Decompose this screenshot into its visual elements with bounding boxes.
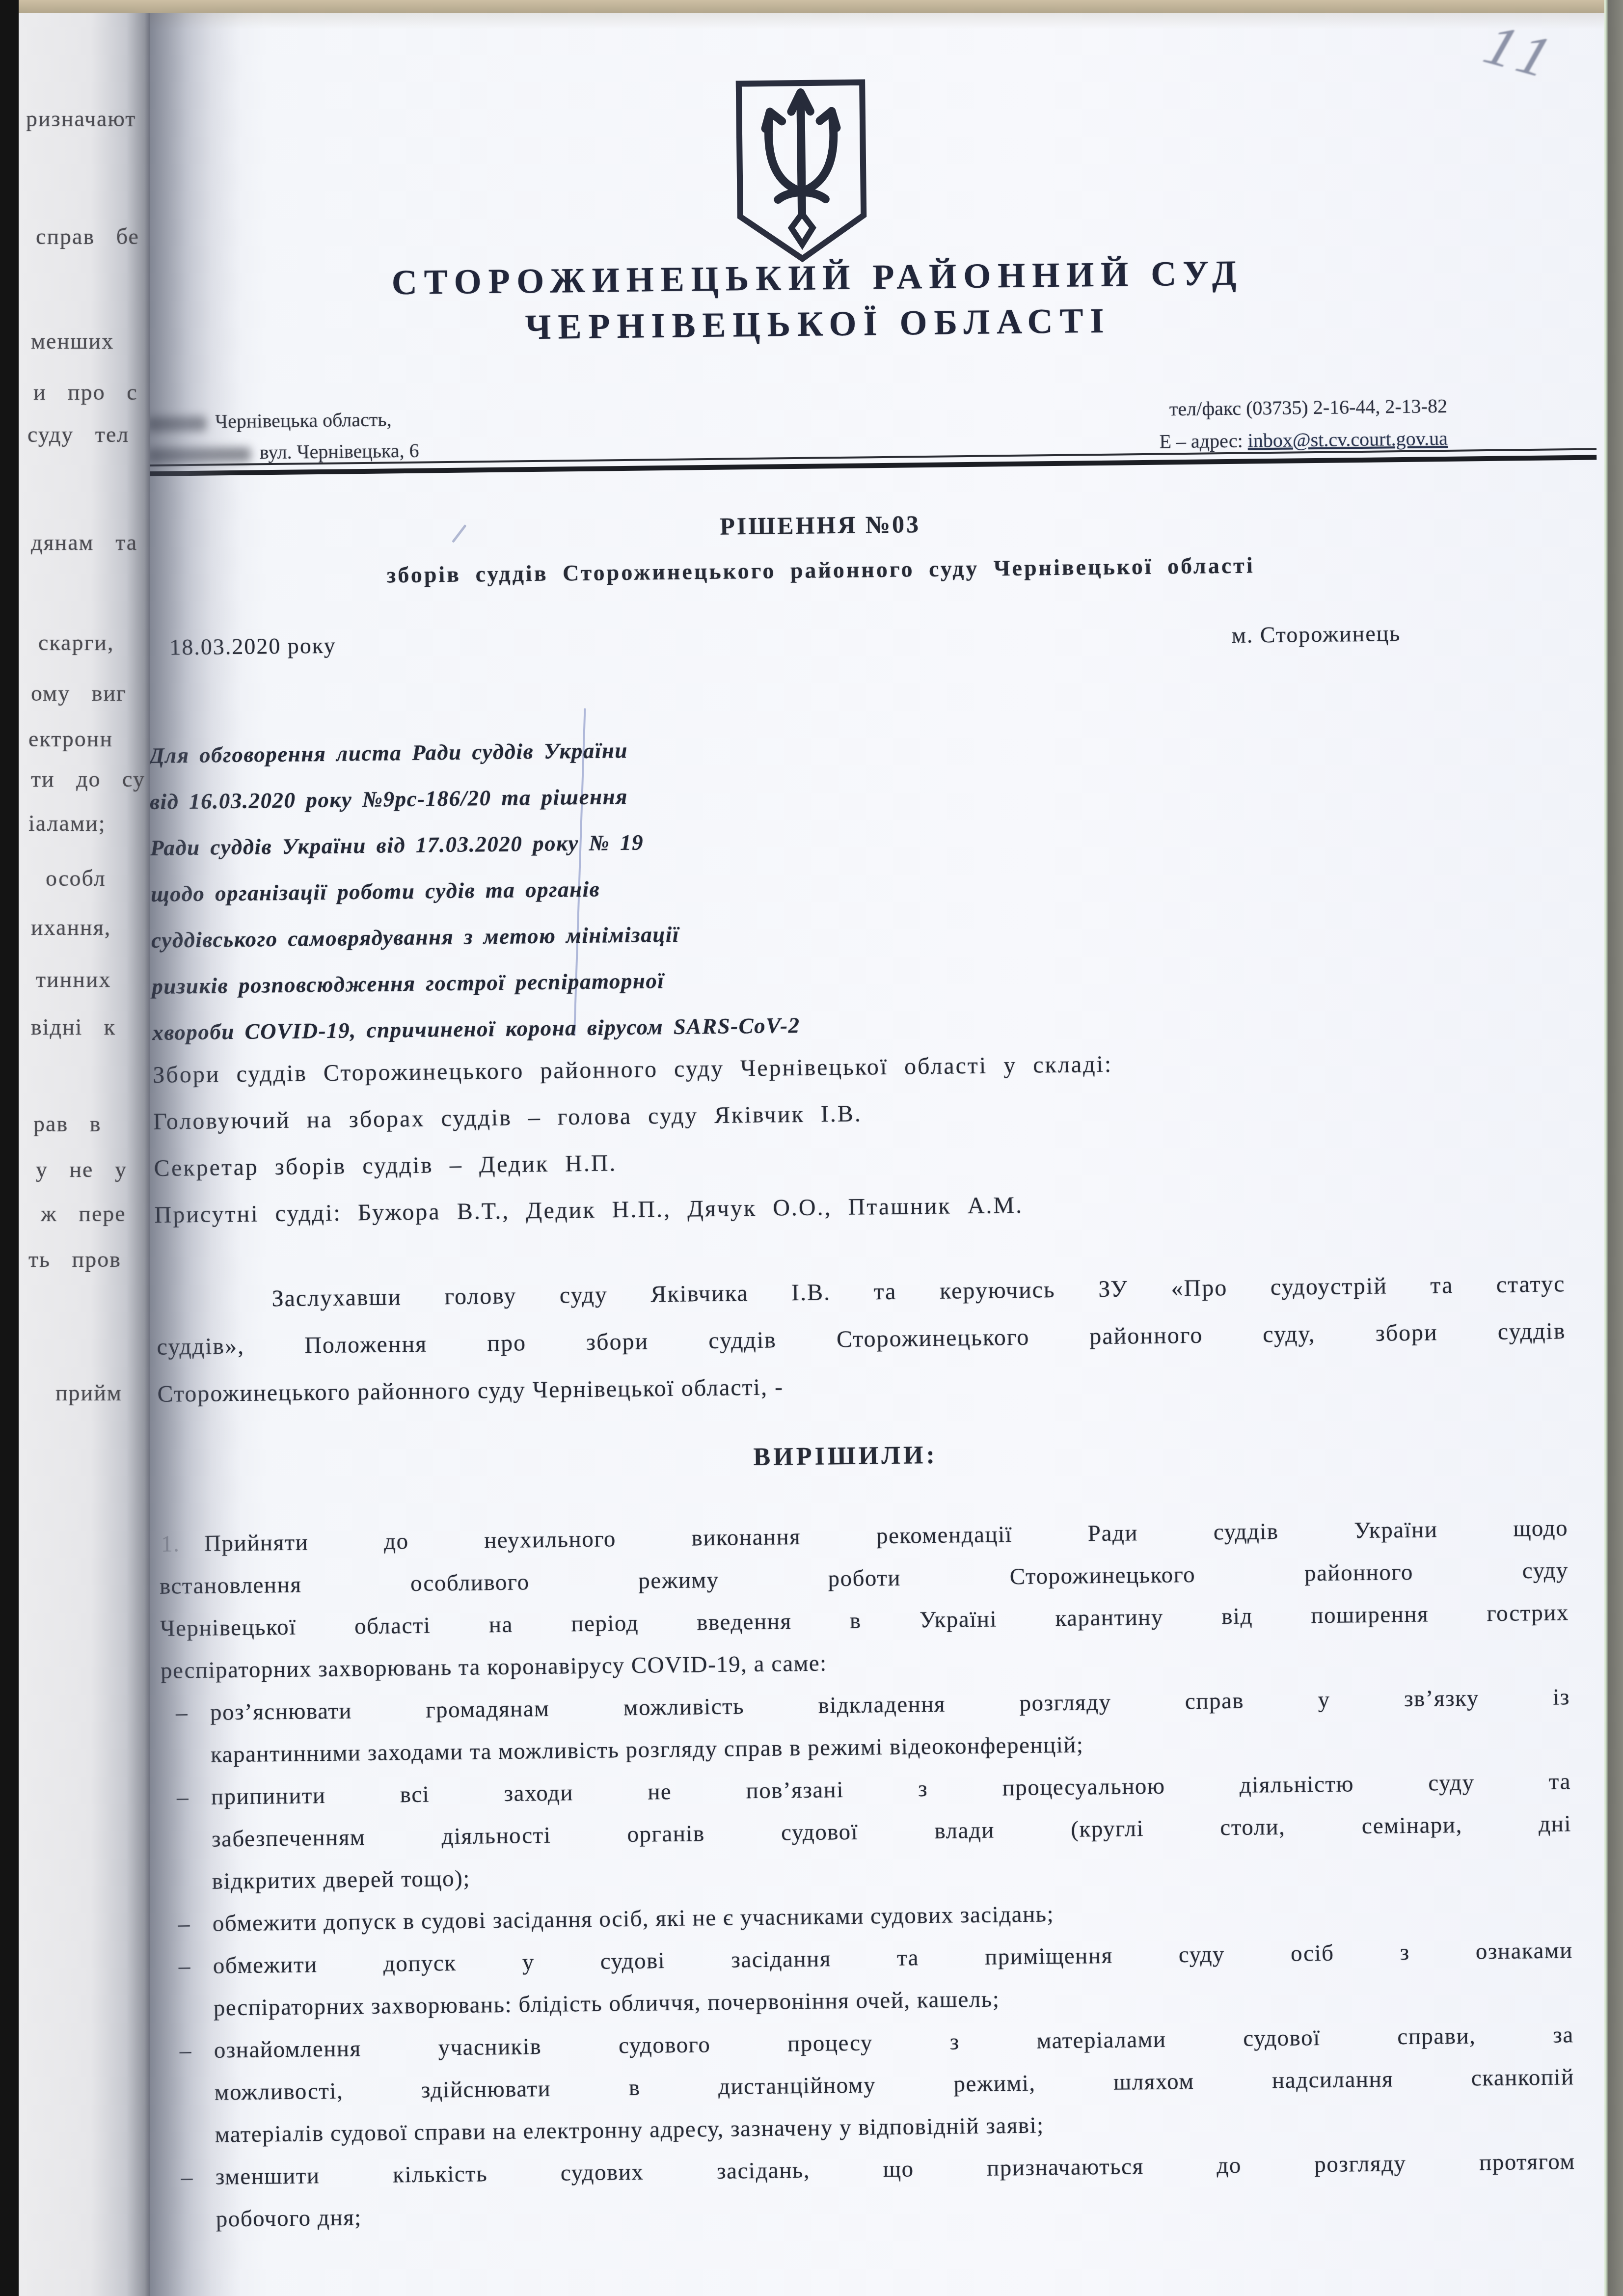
prev-page-text-fragment: скарги, <box>38 629 114 656</box>
prev-page-text-fragment: ж пере <box>41 1201 126 1227</box>
scanner-right-edge <box>1604 0 1623 2296</box>
prev-page-text-fragment: у не у <box>36 1156 127 1182</box>
dash-marker: – <box>179 2029 192 2072</box>
epigraph-line: щодо організації роботи судів та органів <box>151 862 917 917</box>
epigraph-block: Для обговорення листа Ради суддів Україн… <box>150 724 919 1056</box>
prev-page-text-fragment: іалами; <box>28 810 106 836</box>
dash-marker: – <box>178 1945 191 1987</box>
court-address: Чернівецька область, вул. Чернівецька, 6 <box>150 404 419 469</box>
decision-subtitle: зборів суддів Сторожинецького районного … <box>150 549 1498 591</box>
obscured-text-smudge <box>150 416 206 431</box>
prev-page-text-fragment: дянам та <box>31 529 137 555</box>
item1-number: 1. <box>161 1523 180 1565</box>
previous-page-edge: ризначают справ бе менших и про с суду т… <box>19 0 150 2296</box>
preamble-paragraph: Заслухавши голову суду Яківчика І.В. та … <box>156 1260 1567 1418</box>
prev-page-text-fragment: и про с <box>33 379 138 405</box>
prev-page-text-fragment: прийм <box>55 1380 122 1406</box>
decision-title: РІШЕННЯ №03 <box>150 503 1498 547</box>
epigraph-line: Ради суддів України від 17.03.2020 року … <box>150 816 917 871</box>
court-name-line2: ЧЕРНІВЕЦЬКОЇ ОБЛАСТІ <box>150 296 1495 352</box>
email-label: Е – адрес: <box>1159 430 1243 453</box>
prev-page-text-fragment: справ бе <box>36 223 139 249</box>
prev-page-text-fragment: ихання, <box>31 914 111 940</box>
prev-page-text-fragment: менших <box>31 328 114 354</box>
decision-place: м. Сторожинець <box>1126 620 1401 649</box>
resolution-list: 1. Прийняти до неухильного виконання рек… <box>159 1507 1576 2241</box>
dash-marker: – <box>176 1692 189 1734</box>
document-page: 11 СТОРОЖИНЕЦЬКИЙ РАЙОННИЙ СУД <box>150 0 1604 2296</box>
meeting-composition: Збори суддів Сторожинецького районного с… <box>153 1036 1529 1238</box>
address-line1: Чернівецька область, <box>150 404 419 438</box>
court-name-line1: СТОРОЖИНЕЦЬКИЙ РАЙОННИЙ СУД <box>150 250 1495 306</box>
epigraph-line: Для обговорення листа Ради суддів Україн… <box>150 724 915 779</box>
dash-marker: – <box>177 1776 189 1818</box>
prev-page-text-fragment: тинних <box>36 966 111 992</box>
prev-page-text-fragment: суду тел <box>27 421 129 447</box>
epigraph-line: ризиків розповсюдження гострої респірато… <box>152 955 918 1010</box>
prev-page-text-fragment: рав в <box>33 1111 101 1137</box>
prev-page-text-fragment: ому виг <box>31 680 127 706</box>
ukraine-trident-emblem-icon <box>729 74 874 272</box>
prev-page-text-fragment: ризначают <box>26 106 136 132</box>
resolved-heading: ВИРІШИЛИ: <box>153 1434 1538 1478</box>
dash-marker: – <box>178 1903 190 1945</box>
prev-page-text-fragment: ти до су <box>31 766 145 792</box>
prev-page-text-fragment: ть пров <box>28 1246 121 1272</box>
address-line1-text: Чернівецька область, <box>215 408 392 432</box>
scanner-top-edge <box>0 0 1623 13</box>
address-line2-text: вул. Чернівецька, 6 <box>260 439 419 464</box>
prev-page-text-fragment: ектронн <box>28 726 113 752</box>
epigraph-line: суддівського самоврядування з метою міні… <box>151 908 918 963</box>
obscured-text-smudge <box>150 447 251 463</box>
prev-page-text-fragment: відні к <box>31 1014 116 1040</box>
dash-marker: – <box>181 2156 193 2198</box>
scanner-left-edge <box>0 0 19 2296</box>
epigraph-line: від 16.03.2020 року №9рс-186/20 та рішен… <box>150 770 916 825</box>
email-address: inbox@st.cv.court.gov.ua <box>1247 427 1448 452</box>
decision-date: 18.03.2020 року <box>169 632 336 660</box>
prev-page-text-fragment: особл <box>46 865 106 891</box>
